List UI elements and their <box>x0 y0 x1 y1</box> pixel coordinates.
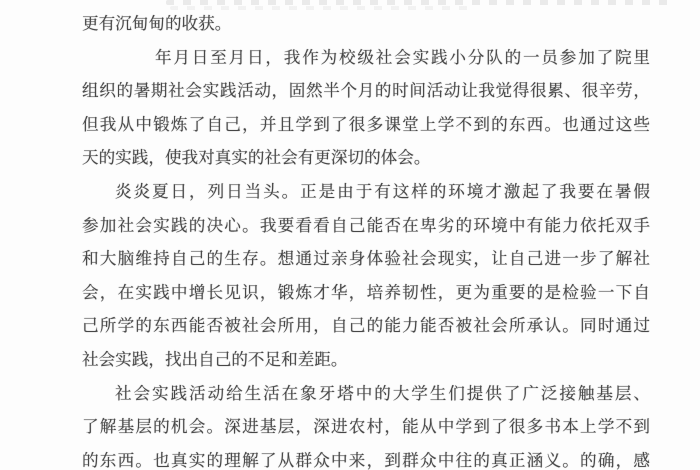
scanned-document-page: 更有沉甸甸的收获。 年月日至月日，我作为校级社会实践小分队的一员参加了院里 组织… <box>0 0 700 470</box>
text-line: 但我从中锻炼了自己，并且学到了很多课堂上学不到的东西。也通过这些 <box>82 108 650 142</box>
text-line: 会，在实践中增长见识，锻炼才华，培养韧性，更为重要的是检验一下自 <box>82 276 650 310</box>
cropped-text-line-top <box>166 0 671 5</box>
text-line: 参加社会实践的决心。我要看看自己能否在卑劣的环境中有能力依托双手 <box>82 209 650 243</box>
text-line: 了解基层的机会。深进基层，深进农村，能从中学到了很多书本上学不到 <box>82 410 650 444</box>
document-text-column: 更有沉甸甸的收获。 年月日至月日，我作为校级社会实践小分队的一员参加了院里 组织… <box>82 7 650 470</box>
text-line: 更有沉甸甸的收获。 <box>82 7 650 41</box>
text-line: 社会实践，找出自己的不足和差距。 <box>82 343 650 377</box>
text-line: 天的实践，使我对真实的社会有更深切的体会。 <box>82 141 650 175</box>
text-line: 组织的暑期社会实践活动，固然半个月的时间活动让我觉得很累、很辛劳， <box>82 74 650 108</box>
text-line: 年月日至月日，我作为校级社会实践小分队的一员参加了院里 <box>82 41 650 75</box>
text-line: 己所学的东西能否被社会所用，自己的能力能否被社会所承认。同时通过 <box>82 309 650 343</box>
text-line: 社会实践活动给生活在象牙塔中的大学生们提供了广泛接触基层、 <box>82 377 650 411</box>
text-line: 和大脑维持自己的生存。想通过亲身体验社会现实，让自己进一步了解社 <box>82 242 650 276</box>
text-line: 的东西。也真实的理解了从群众中来，到群众中往的真正涵义。的确，感 <box>82 444 650 470</box>
text-line: 炎炎夏日，列日当头。正是由于有这样的环境才激起了我要在暑假 <box>82 175 650 209</box>
